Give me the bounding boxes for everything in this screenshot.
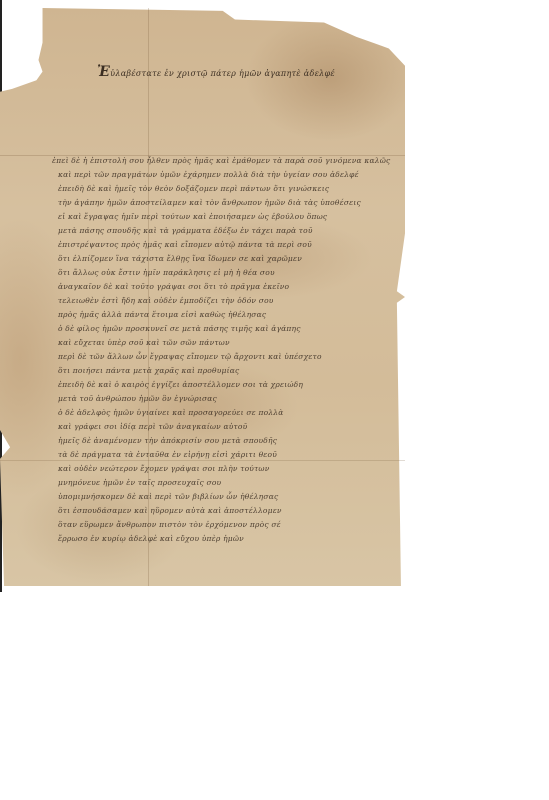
text-line: πρὸς ἡμᾶς ἀλλὰ πάντα ἕτοιμα εἰσὶ καθὼς ἠ… bbox=[52, 308, 402, 322]
text-line: ἔρρωσο ἐν κυρίῳ ἀδελφὲ καὶ εὔχου ὑπὲρ ἡμ… bbox=[52, 532, 402, 546]
text-line: ἐπειδὴ δὲ καὶ ὁ καιρὸς ἐγγίζει ἀποστέλλο… bbox=[52, 378, 402, 392]
text-line: ὁ δὲ ἀδελφὸς ἡμῶν ὑγιαίνει καὶ προσαγορε… bbox=[52, 406, 402, 420]
text-line: τελειωθὲν ἐστὶ ἤδη καὶ οὐδὲν ἐμποδίζει τ… bbox=[52, 294, 402, 308]
letter-heading: Ἐὐλαβέστατε ἐν χριστῷ πάτερ ἡμῶν ἀγαπητὲ… bbox=[97, 64, 357, 80]
text-line: ἡμεῖς δὲ ἀναμένομεν τὴν ἀπόκρισίν σου με… bbox=[52, 434, 402, 448]
text-line: καὶ οὐδὲν νεώτερον ἔχομεν γράψαι σοι πλὴ… bbox=[52, 462, 402, 476]
text-line: μνημόνευε ἡμῶν ἐν ταῖς προσευχαῖς σου bbox=[52, 476, 402, 490]
text-line: καὶ εὔχεται ὑπὲρ σοῦ καὶ τῶν σῶν πάντων bbox=[52, 336, 402, 350]
text-line: ὑπομιμνήσκομεν δὲ καὶ περὶ τῶν βιβλίων ὧ… bbox=[52, 490, 402, 504]
text-line: καὶ γράφει σοι ἰδίᾳ περὶ τῶν ἀναγκαίων α… bbox=[52, 420, 402, 434]
text-line: καὶ περὶ τῶν πραγμάτων ὑμῶν ἐχάρημεν πολ… bbox=[52, 168, 402, 182]
text-line: εἰ καὶ ἔγραψας ἡμῖν περὶ τούτων καὶ ἐποι… bbox=[52, 210, 402, 224]
letter-body: ἐπεὶ δὲ ἡ ἐπιστολὴ σου ἦλθεν πρὸς ἡμᾶς κ… bbox=[52, 154, 402, 546]
text-line: ὅτι ποιήσει πάντα μετὰ χαρᾶς καὶ προθυμί… bbox=[52, 364, 402, 378]
text-line: περὶ δὲ τῶν ἄλλων ὧν ἔγραψας εἴπομεν τῷ … bbox=[52, 350, 402, 364]
text-line: ὅτι ἐσπουδάσαμεν καὶ ηὕρομεν αὐτὰ καὶ ἀπ… bbox=[52, 504, 402, 518]
text-line: ἐπεὶ δὲ ἡ ἐπιστολὴ σου ἦλθεν πρὸς ἡμᾶς κ… bbox=[52, 154, 402, 168]
text-line: τὴν ἀγάπην ἡμῶν ἀποστείλαμεν καὶ τὸν ἄνθ… bbox=[52, 196, 402, 210]
decorated-initial: Ἐ bbox=[97, 64, 110, 80]
heading-text: ὐλαβέστατε ἐν χριστῷ πάτερ ἡμῶν ἀγαπητὲ … bbox=[110, 69, 335, 78]
text-line: ὅτι ἄλλως οὐκ ἔστιν ἡμῖν παράκλησις εἰ μ… bbox=[52, 266, 402, 280]
text-line: μετὰ τοῦ ἀνθρώπου ἡμῶν ὃν ἐγνώρισας bbox=[52, 392, 402, 406]
text-line: ὅταν εὕρωμεν ἄνθρωπον πιστὸν τὸν ἐρχόμεν… bbox=[52, 518, 402, 532]
text-line: ἀναγκαῖον δὲ καὶ τοῦτο γράψαι σοι ὅτι τὸ… bbox=[52, 280, 402, 294]
text-line: ὅτι ἐλπίζομεν ἵνα τάχιστα ἔλθῃς ἵνα ἴδωμ… bbox=[52, 252, 402, 266]
text-line: ἐπειδὴ δὲ καὶ ἡμεῖς τὸν θεὸν δοξάζομεν π… bbox=[52, 182, 402, 196]
text-line: ὁ δὲ φίλος ἡμῶν προσκυνεῖ σε μετὰ πάσης … bbox=[52, 322, 402, 336]
text-line: τὰ δὲ πράγματα τὰ ἐνταῦθα ἐν εἰρήνῃ εἰσὶ… bbox=[52, 448, 402, 462]
text-line: μετὰ πάσης σπουδῆς καὶ τὰ γράμματα ἐδέξω… bbox=[52, 224, 402, 238]
text-line: ἐπιστρέψαντος πρὸς ἡμᾶς καὶ εἴπομεν αὐτῷ… bbox=[52, 238, 402, 252]
